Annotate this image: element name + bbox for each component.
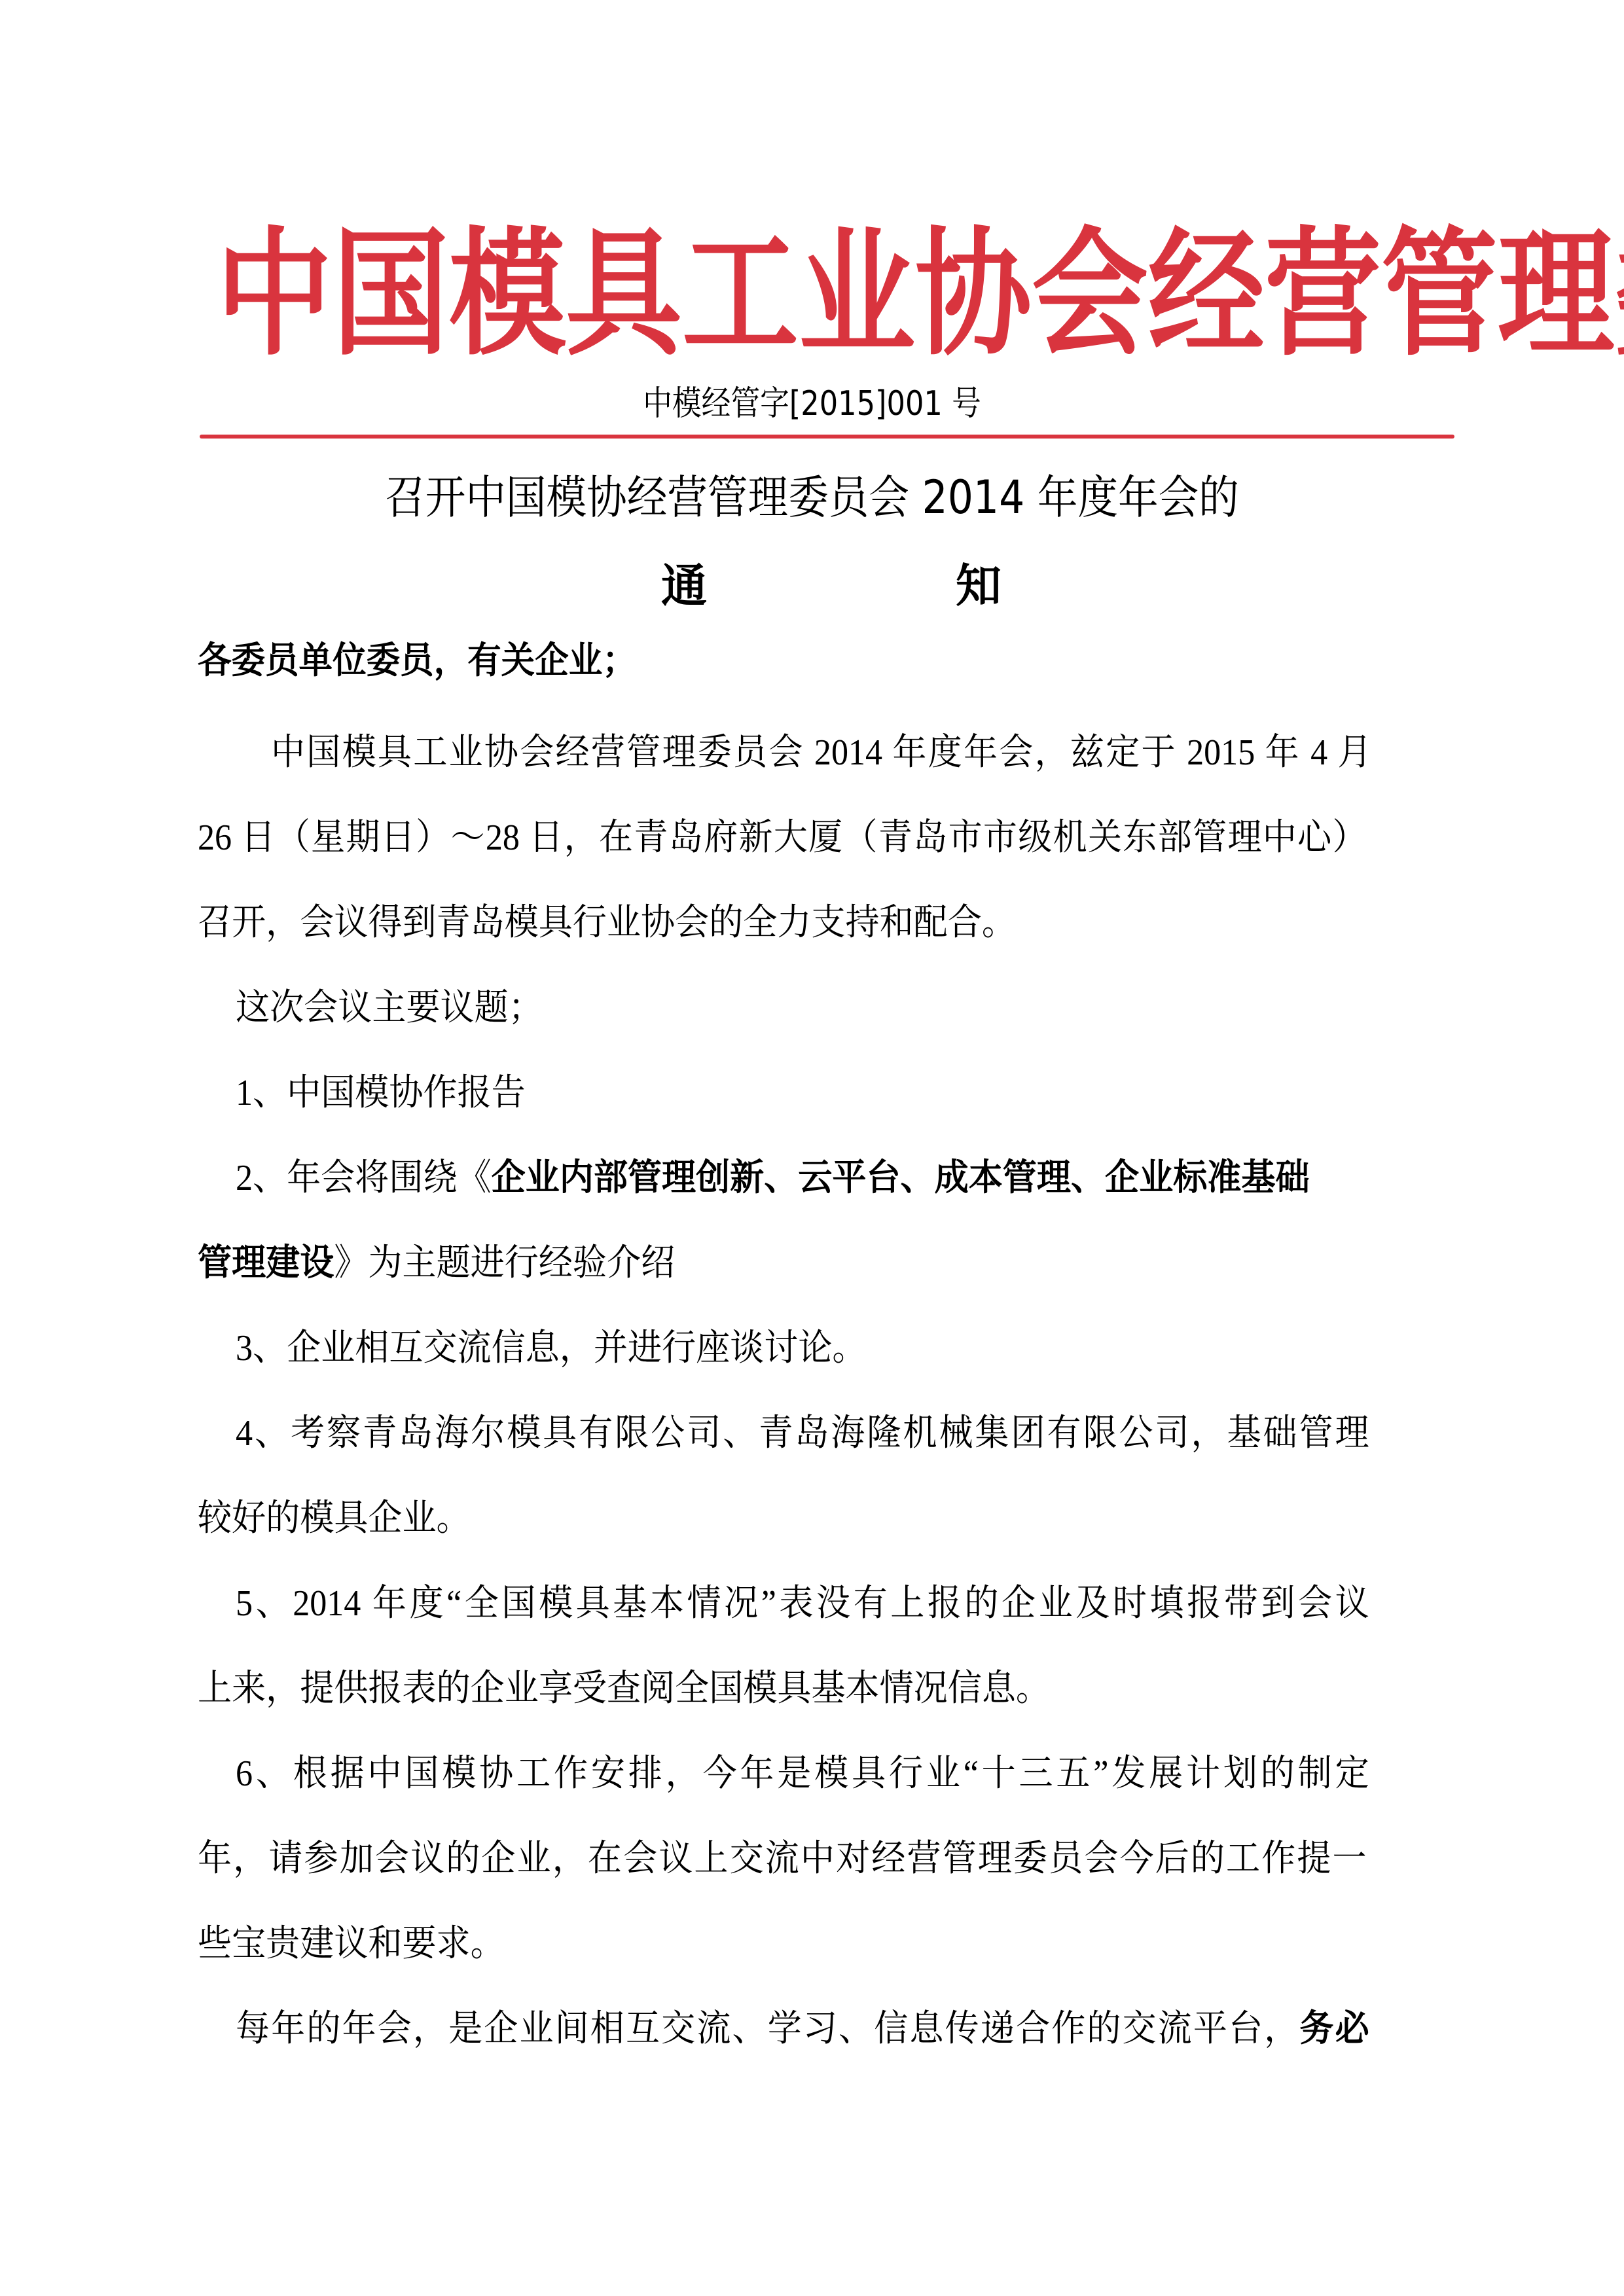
intro-line-1: 中国模具工业协会经营管理委员会 2014 年度年会，兹定于 2015 年 4 月 [271,730,1371,776]
masthead-char: 具 [566,209,682,380]
masthead-char: 工 [682,209,799,380]
agenda-item-2-suffix: 》为主题进行经验介绍 [334,1243,675,1283]
agenda-item-6-line-2: 年，请参加会议的企业，在会议上交流中对经营管理委员会今后的工作提一 [198,1836,1367,1882]
agenda-item-6-line-3: 些宝贵建议和要求。 [198,1921,1367,1967]
agenda-item-4-line-1: 4、考察青岛海尔模具有限公司、青岛海隆机械集团有限公司，基础管理 [236,1410,1369,1456]
masthead-char: 管 [1381,209,1498,380]
masthead-char: 委 [1614,209,1624,380]
notice-heading: 通 知 [661,556,1001,615]
agenda-item-2-line-2: 管理建设》为主题进行经验介绍 [198,1240,1367,1286]
agenda-item-2-line-1: 2、年会将围绕《企业内部管理创新、云平台、成本管理、企业标准基础 [236,1155,1369,1201]
notice-heading-char-2: 知 [956,556,1001,615]
closing-line-1: 每年的年会，是企业间相互交流、学习、信息传递合作的交流平台，务必 [236,2006,1369,2052]
agenda-item-6-line-1: 6、根据中国模协工作安排，今年是模具行业“十三五”发展计划的制定 [236,1751,1369,1797]
masthead-char: 模 [449,209,566,380]
closing-text: 每年的年会，是企业间相互交流、学习、信息传递合作的交流平台， [236,2009,1299,2049]
masthead-char: 中 [216,209,333,380]
notice-heading-char-1: 通 [661,556,707,615]
document-page: 中国模具工业协会经营管理委员会 中模经管字[2015]001 号 召开中国模协经… [0,0,1624,2296]
agenda-item-4-line-2: 较好的模具企业。 [198,1496,1367,1541]
masthead-char: 会 [1032,209,1148,380]
agenda-item-2-theme: 企业内部管理创新、云平台、成本管理、企业标准基础 [492,1157,1310,1199]
agenda-item-5-line-2: 上来，提供报表的企业享受查阅全国模具基本情况信息。 [198,1666,1367,1712]
document-number: 中模经管字[2015]001 号 [114,383,1511,425]
red-divider-rule [200,435,1454,439]
agenda-item-5-line-1: 5、2014 年度“全国模具基本情况”表没有上报的企业及时填报带到会议 [236,1581,1369,1626]
masthead-char: 理 [1498,209,1614,380]
masthead-char: 协 [915,209,1032,380]
masthead-title: 中国模具工业协会经营管理委员会 [216,209,1460,380]
intro-line-3: 召开，会议得到青岛模具行业协会的全力支持和配合。 [198,900,1367,946]
masthead-char: 经 [1148,209,1265,380]
topics-heading: 这次会议主要议题； [236,985,1369,1031]
agenda-item-1: 1、中国模协作报告 [236,1070,1369,1116]
masthead-char: 业 [799,209,915,380]
intro-line-2: 26 日（星期日）～28 日，在青岛府新大厦（青岛市市级机关东部管理中心） [198,815,1367,861]
masthead-char: 国 [333,209,449,380]
notice-title: 召开中国模协经营管理委员会 2014 年度年会的 [98,468,1526,527]
agenda-item-2-prefix: 2、年会将围绕《 [236,1158,492,1198]
masthead-char: 营 [1265,209,1381,380]
closing-emphasis: 务必 [1299,2007,1369,2050]
agenda-item-3: 3、企业相互交流信息，并进行座谈讨论。 [236,1325,1369,1371]
agenda-item-2-theme-cont: 管理建设 [198,1242,334,1284]
salutation: 各委员单位委员，有关企业； [198,638,636,684]
